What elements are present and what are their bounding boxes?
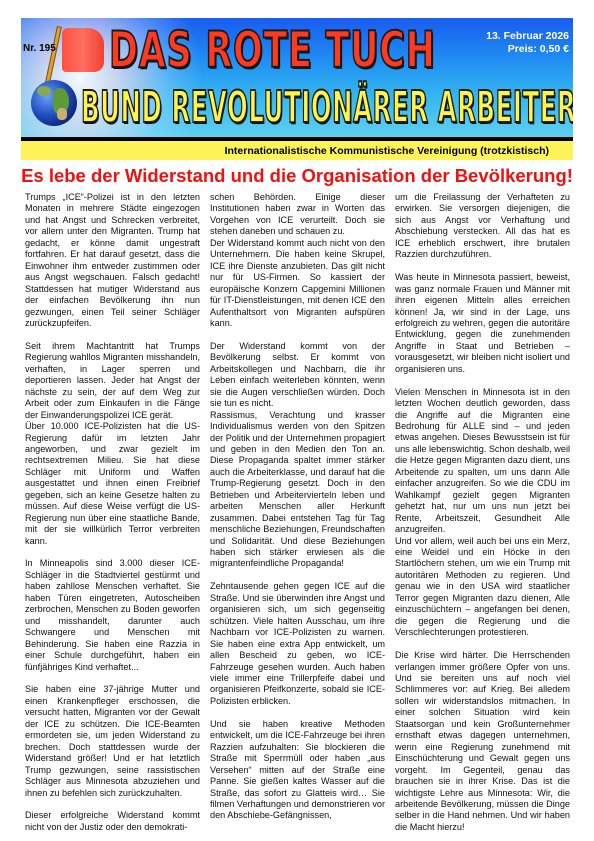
article-headline: Es lebe der Widerstand und die Organisat…	[0, 164, 594, 188]
newspaper-title: DAS ROTE TUCH	[109, 22, 436, 78]
issue-price: Preis: 0,50 €	[486, 43, 569, 56]
text-column-1: Trumps „ICE“-Polizei ist in den letzten …	[25, 192, 200, 833]
text-column-2: schen Behörden. Einige dieser Institutio…	[210, 192, 385, 833]
organization-name: Internationalistische Kommunistische Ver…	[225, 145, 573, 157]
newspaper-subtitle: BUND REVOLUTIONÄRER ARBEITER	[81, 84, 573, 132]
paragraph: Trumps „ICE“-Polizei ist in den letzten …	[25, 192, 200, 329]
paragraph: Der Widerstand kommt auch nicht von den …	[210, 238, 385, 330]
text-column-3: um die Freilassung der Verhafteten zu er…	[395, 192, 570, 833]
masthead-banner: Nr. 195 DAS ROTE TUCH BUND REVOLUTIONÄRE…	[21, 18, 573, 137]
paragraph: Dieser erfolgreiche Widerstand kommt nic…	[25, 810, 200, 833]
red-flag-icon	[62, 28, 104, 72]
paragraph: Über 10.000 ICE-Polizisten hat die US-Re…	[25, 421, 200, 547]
paragraph: um die Freilassung der Verhafteten zu er…	[395, 192, 570, 261]
paragraph: Vielen Menschen in Minnesota ist in den …	[395, 387, 570, 536]
paragraph: In Minneapolis sind 3.000 dieser ICE-Sch…	[25, 558, 200, 673]
globe-icon	[31, 80, 77, 126]
issue-date: 13. Februar 2026	[486, 30, 569, 43]
paragraph: Rassismus, Verachtung und krasser Indivi…	[210, 410, 385, 570]
date-price-block: 13. Februar 2026 Preis: 0,50 €	[486, 30, 569, 56]
paragraph: Zehntausende gehen gegen ICE auf die Str…	[210, 581, 385, 707]
paragraph: Sie haben eine 37-jährige Mutter und ein…	[25, 684, 200, 799]
paragraph: Seit ihrem Machtantritt hat Trumps Regie…	[25, 341, 200, 421]
paragraph: Und vor allem, weil auch bei uns ein Mer…	[395, 536, 570, 639]
paragraph: Die Krise wird härter. Die Herrschenden …	[395, 650, 570, 833]
paragraph: Und sie haben kreative Methoden entwicke…	[210, 719, 385, 822]
article-body: Trumps „ICE“-Polizei ist in den letzten …	[25, 192, 570, 833]
organization-band: Internationalistische Kommunistische Ver…	[21, 141, 573, 160]
paragraph: Der Widerstand kommt von der Bevölkerung…	[210, 341, 385, 410]
issue-number: Nr. 195	[23, 43, 56, 54]
paragraph: schen Behörden. Einige dieser Institutio…	[210, 192, 385, 238]
paragraph: Was heute in Minnesota passiert, beweist…	[395, 272, 570, 375]
